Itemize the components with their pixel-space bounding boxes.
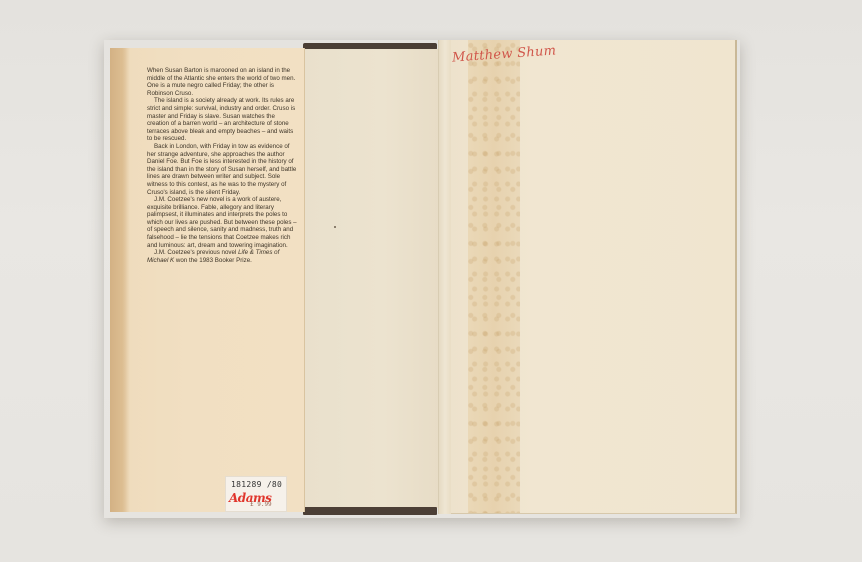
blurb-paragraph-last: J.M. Coetzee's previous novel Life & Tim… — [147, 249, 297, 264]
blurb-paragraph: The island is a society already at work.… — [147, 97, 297, 143]
sticker-price: £ 9.99 — [250, 501, 272, 508]
blurb-text: J.M. Coetzee's previous novel — [154, 249, 238, 256]
gutter — [438, 40, 451, 514]
foxing-stain — [468, 40, 520, 513]
price-sticker: 181289 /80 Adams £ 9.99 — [225, 476, 287, 512]
blurb-paragraph: When Susan Barton is marooned on an isla… — [147, 67, 297, 97]
sticker-code: 181289 /80 — [231, 480, 282, 489]
blurb-text: won the 1983 Booker Prize. — [174, 257, 252, 264]
blurb-paragraph: J.M. Coetzee's new novel is a work of au… — [147, 196, 297, 249]
spine-cloth-bottom — [303, 507, 437, 515]
flap-fold-edge — [110, 48, 130, 512]
speck — [334, 226, 336, 228]
blurb-paragraph: Back in London, with Friday in tow as ev… — [147, 143, 297, 196]
endpaper-left — [300, 49, 440, 508]
flap-blurb: When Susan Barton is marooned on an isla… — [147, 67, 297, 264]
